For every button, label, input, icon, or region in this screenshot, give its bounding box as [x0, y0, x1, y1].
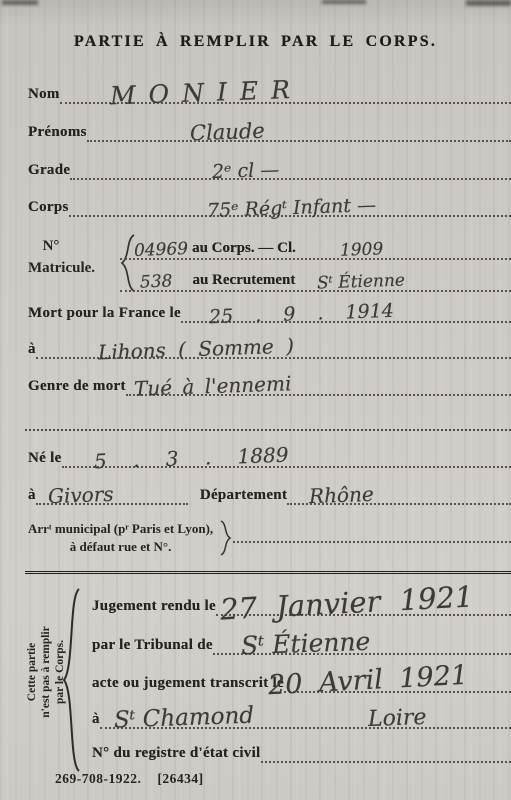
- form-title: PARTIE À REMPLIR PAR LE CORPS.: [0, 33, 511, 51]
- field-row-transcrit-lieu: à Sᵗ Chamond Loire: [92, 709, 511, 729]
- grade-value: 2ᵉ cl —: [212, 159, 280, 183]
- transcrit-label: acte ou jugement transcrit le: [92, 675, 284, 693]
- arr-municipal-label-line1: Arrᵗ municipal (pʳ Paris et Lyon),: [28, 520, 213, 538]
- matricule-row-recrutement: 538 au Recrutement Sᵗ Étienne: [120, 270, 511, 292]
- side-note-rotated: Cette partie n'est pas à remplir par le …: [25, 587, 67, 757]
- field-row-mort-lieu: à Lihons ( Somme ): [28, 339, 511, 359]
- scan-edge-smudge: [322, 0, 366, 4]
- scanned-military-death-record: PARTIE À REMPLIR PAR LE CORPS. Nom MONIE…: [0, 0, 511, 800]
- jugement-label: Jugement rendu le: [92, 598, 216, 616]
- section-rule: [25, 571, 511, 574]
- matricule-block: N° Matricule. 04969 au Corps. — Cl. 1909…: [28, 232, 511, 296]
- dotted-line: Tué à l'ennemi: [126, 374, 511, 396]
- arr-municipal-brace-icon: [219, 520, 231, 556]
- scan-edge-smudge: [466, 0, 511, 6]
- field-row-corps: Corps 75ᵉ Régᵗ Infant —: [28, 197, 511, 217]
- matricule-classe-value: 1909: [340, 239, 384, 260]
- mort-label: Mort pour la France le: [28, 305, 181, 323]
- dotted-line: [233, 541, 511, 543]
- section-divider: [25, 429, 511, 431]
- prenoms-label: Prénoms: [28, 124, 87, 142]
- departement-value: Rhône: [309, 482, 375, 508]
- mort-date-value: 25 . 9 . 1914: [209, 300, 395, 328]
- side-note-line2: n'est pas à remplir: [40, 626, 52, 717]
- dotted-line: Givors: [36, 483, 188, 505]
- field-row-genre-mort: Genre de mort Tué à l'ennemi: [28, 376, 511, 396]
- dotted-line: 2ᵉ cl —: [70, 158, 511, 180]
- matricule-label-stack: N° Matricule.: [28, 238, 98, 277]
- corps-label: Corps: [28, 199, 69, 217]
- genre-mort-value: Tué à l'ennemi: [133, 371, 291, 400]
- matricule-row-corps: 04969 au Corps. — Cl. 1909: [120, 238, 511, 260]
- nom-value: MONIER: [109, 75, 303, 111]
- arr-municipal-label: Arrᵗ municipal (pʳ Paris et Lyon), à déf…: [28, 520, 213, 555]
- matricule-recrutement-value: 538: [140, 271, 173, 292]
- transcrit-lieu-label: à: [92, 711, 100, 729]
- field-row-naissance: à Givors Département Rhône: [28, 485, 511, 505]
- field-row-nom: Nom MONIER: [28, 84, 511, 104]
- nom-label: Nom: [28, 86, 60, 104]
- transcrit-value: 20 Avril 1921: [267, 660, 468, 701]
- dotted-line: 20 Avril 1921: [284, 671, 511, 693]
- field-row-transcrit: acte ou jugement transcrit le 20 Avril 1…: [92, 673, 511, 693]
- field-row-jugement: Jugement rendu le 27 Janvier 1921: [92, 596, 511, 616]
- prenoms-value: Claude: [189, 119, 264, 146]
- field-row-grade: Grade 2ᵉ cl —: [28, 160, 511, 180]
- transcrit-lieu-value: Sᵗ Chamond: [113, 703, 254, 734]
- corps-value: 75ᵉ Régᵗ Infant —: [206, 194, 376, 222]
- arr-municipal-label-line2: à défaut rue et N°.: [28, 538, 213, 556]
- dotted-line: 75ᵉ Régᵗ Infant —: [69, 195, 511, 217]
- mort-lieu-label: à: [28, 341, 36, 359]
- au-recrutement-label: au Recrutement: [192, 272, 295, 290]
- dotted-line: 27 Janvier 1921: [216, 594, 511, 616]
- etat-civil-section: Cette partie n'est pas à remplir par le …: [0, 583, 511, 783]
- scan-edge-smudge: [2, 0, 38, 5]
- tribunal-label: par le Tribunal de: [92, 637, 213, 655]
- dotted-line: [261, 741, 511, 763]
- dotted-line: 5 . 3 . 1889: [62, 446, 511, 468]
- field-row-arr-municipal: Arrᵗ municipal (pʳ Paris et Lyon), à déf…: [28, 520, 511, 558]
- field-row-tribunal: par le Tribunal de Sᵗ Étienne: [92, 635, 511, 655]
- tribunal-value: Sᵗ Étienne: [240, 627, 370, 660]
- dotted-line: Sᵗ Chamond Loire: [100, 707, 511, 729]
- mort-lieu-value: Lihons ( Somme ): [97, 334, 294, 365]
- grade-label: Grade: [28, 162, 70, 180]
- dotted-line: Claude: [87, 120, 511, 142]
- au-corps-label: au Corps. — Cl.: [192, 240, 296, 258]
- genre-mort-label: Genre de mort: [28, 378, 126, 396]
- matricule-corps-value: 04969: [134, 239, 189, 261]
- transcrit-departement-value: Loire: [367, 705, 426, 732]
- ne-lieu-value: Givors: [47, 482, 113, 508]
- matricule-no-label: N°: [28, 238, 74, 255]
- side-note-line1: Cette partie: [26, 643, 38, 701]
- imprint-ref: [26434]: [157, 771, 203, 786]
- ne-lieu-label: à: [28, 487, 36, 505]
- dotted-line: MONIER: [60, 82, 511, 104]
- registre-label: N° du registre d'état civil: [92, 745, 261, 763]
- matricule-recrutement-place: Sᵗ Étienne: [317, 270, 406, 293]
- matricule-label: Matricule.: [28, 260, 98, 277]
- printer-imprint: 269-708-1922.[26434]: [55, 771, 220, 787]
- field-row-registre: N° du registre d'état civil: [92, 743, 511, 763]
- jugement-value: 27 Janvier 1921: [219, 579, 474, 626]
- field-row-mort: Mort pour la France le 25 . 9 . 1914: [28, 303, 511, 323]
- dotted-line: Lihons ( Somme ): [36, 337, 511, 359]
- imprint-code: 269-708-1922.: [55, 771, 141, 786]
- ne-le-label: Né le: [28, 450, 62, 468]
- dotted-line: Sᵗ Étienne: [213, 633, 511, 655]
- field-row-ne-le: Né le 5 . 3 . 1889: [28, 448, 511, 468]
- dotted-line: Rhône: [287, 483, 511, 505]
- departement-label: Département: [200, 487, 287, 505]
- field-row-prenoms: Prénoms Claude: [28, 122, 511, 142]
- etat-civil-brace-icon: [62, 587, 82, 773]
- dotted-line: 25 . 9 . 1914: [181, 301, 511, 323]
- ne-le-value: 5 . 3 . 1889: [93, 443, 288, 474]
